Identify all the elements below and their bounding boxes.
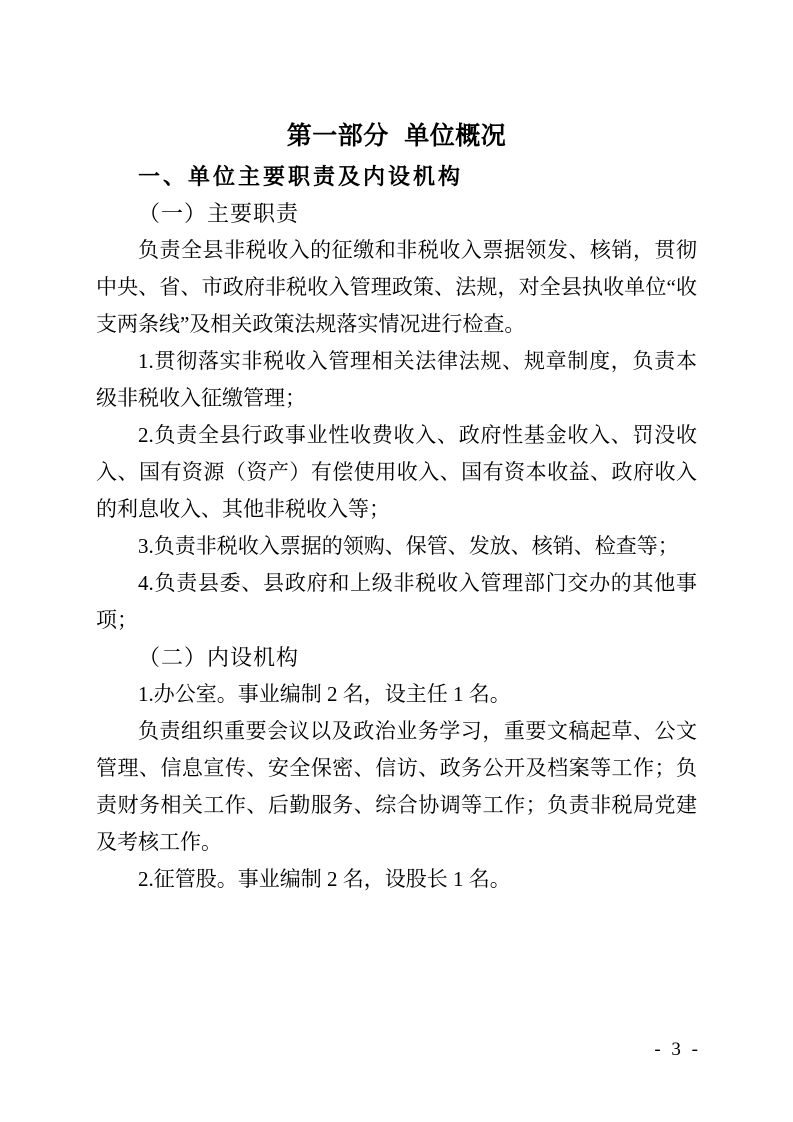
section-heading-duties-and-structure: 一、单位主要职责及内设机构 <box>96 158 697 195</box>
paragraph-office-staffing: 1.办公室。事业编制 2 名，设主任 1 名。 <box>96 676 697 713</box>
paragraph-duty-3: 3.负责非税收入票据的领购、保管、发放、核销、检查等； <box>96 528 697 565</box>
paragraph-duties-overview: 负责全县非税收入的征缴和非税收入票据领发、核销，贯彻中央、省、市政府非税收入管理… <box>96 232 697 343</box>
paragraph-office-duties: 负责组织重要会议以及政治业务学习，重要文稿起草、公文管理、信息宣传、安全保密、信… <box>96 713 697 861</box>
document-title: 第一部分 单位概况 <box>96 114 697 158</box>
subsection-heading-main-duties: （一）主要职责 <box>96 195 697 232</box>
subsection-heading-internal-structure: （二）内设机构 <box>96 639 697 676</box>
paragraph-duty-4: 4.负责县委、县政府和上级非税收入管理部门交办的其他事项； <box>96 565 697 639</box>
paragraph-duty-2: 2.负责全县行政事业性收费收入、政府性基金收入、罚没收入、国有资源（资产）有偿使… <box>96 417 697 528</box>
document-content: 第一部分 单位概况 一、单位主要职责及内设机构 （一）主要职责 负责全县非税收入… <box>0 0 793 898</box>
paragraph-duty-1: 1.贯彻落实非税收入管理相关法律法规、规章制度，负责本级非税收入征缴管理； <box>96 343 697 417</box>
page-number: - 3 - <box>654 1039 701 1061</box>
paragraph-collection-section-staffing: 2.征管股。事业编制 2 名，设股长 1 名。 <box>96 861 697 898</box>
document-page: 第一部分 单位概况 一、单位主要职责及内设机构 （一）主要职责 负责全县非税收入… <box>0 0 793 1122</box>
